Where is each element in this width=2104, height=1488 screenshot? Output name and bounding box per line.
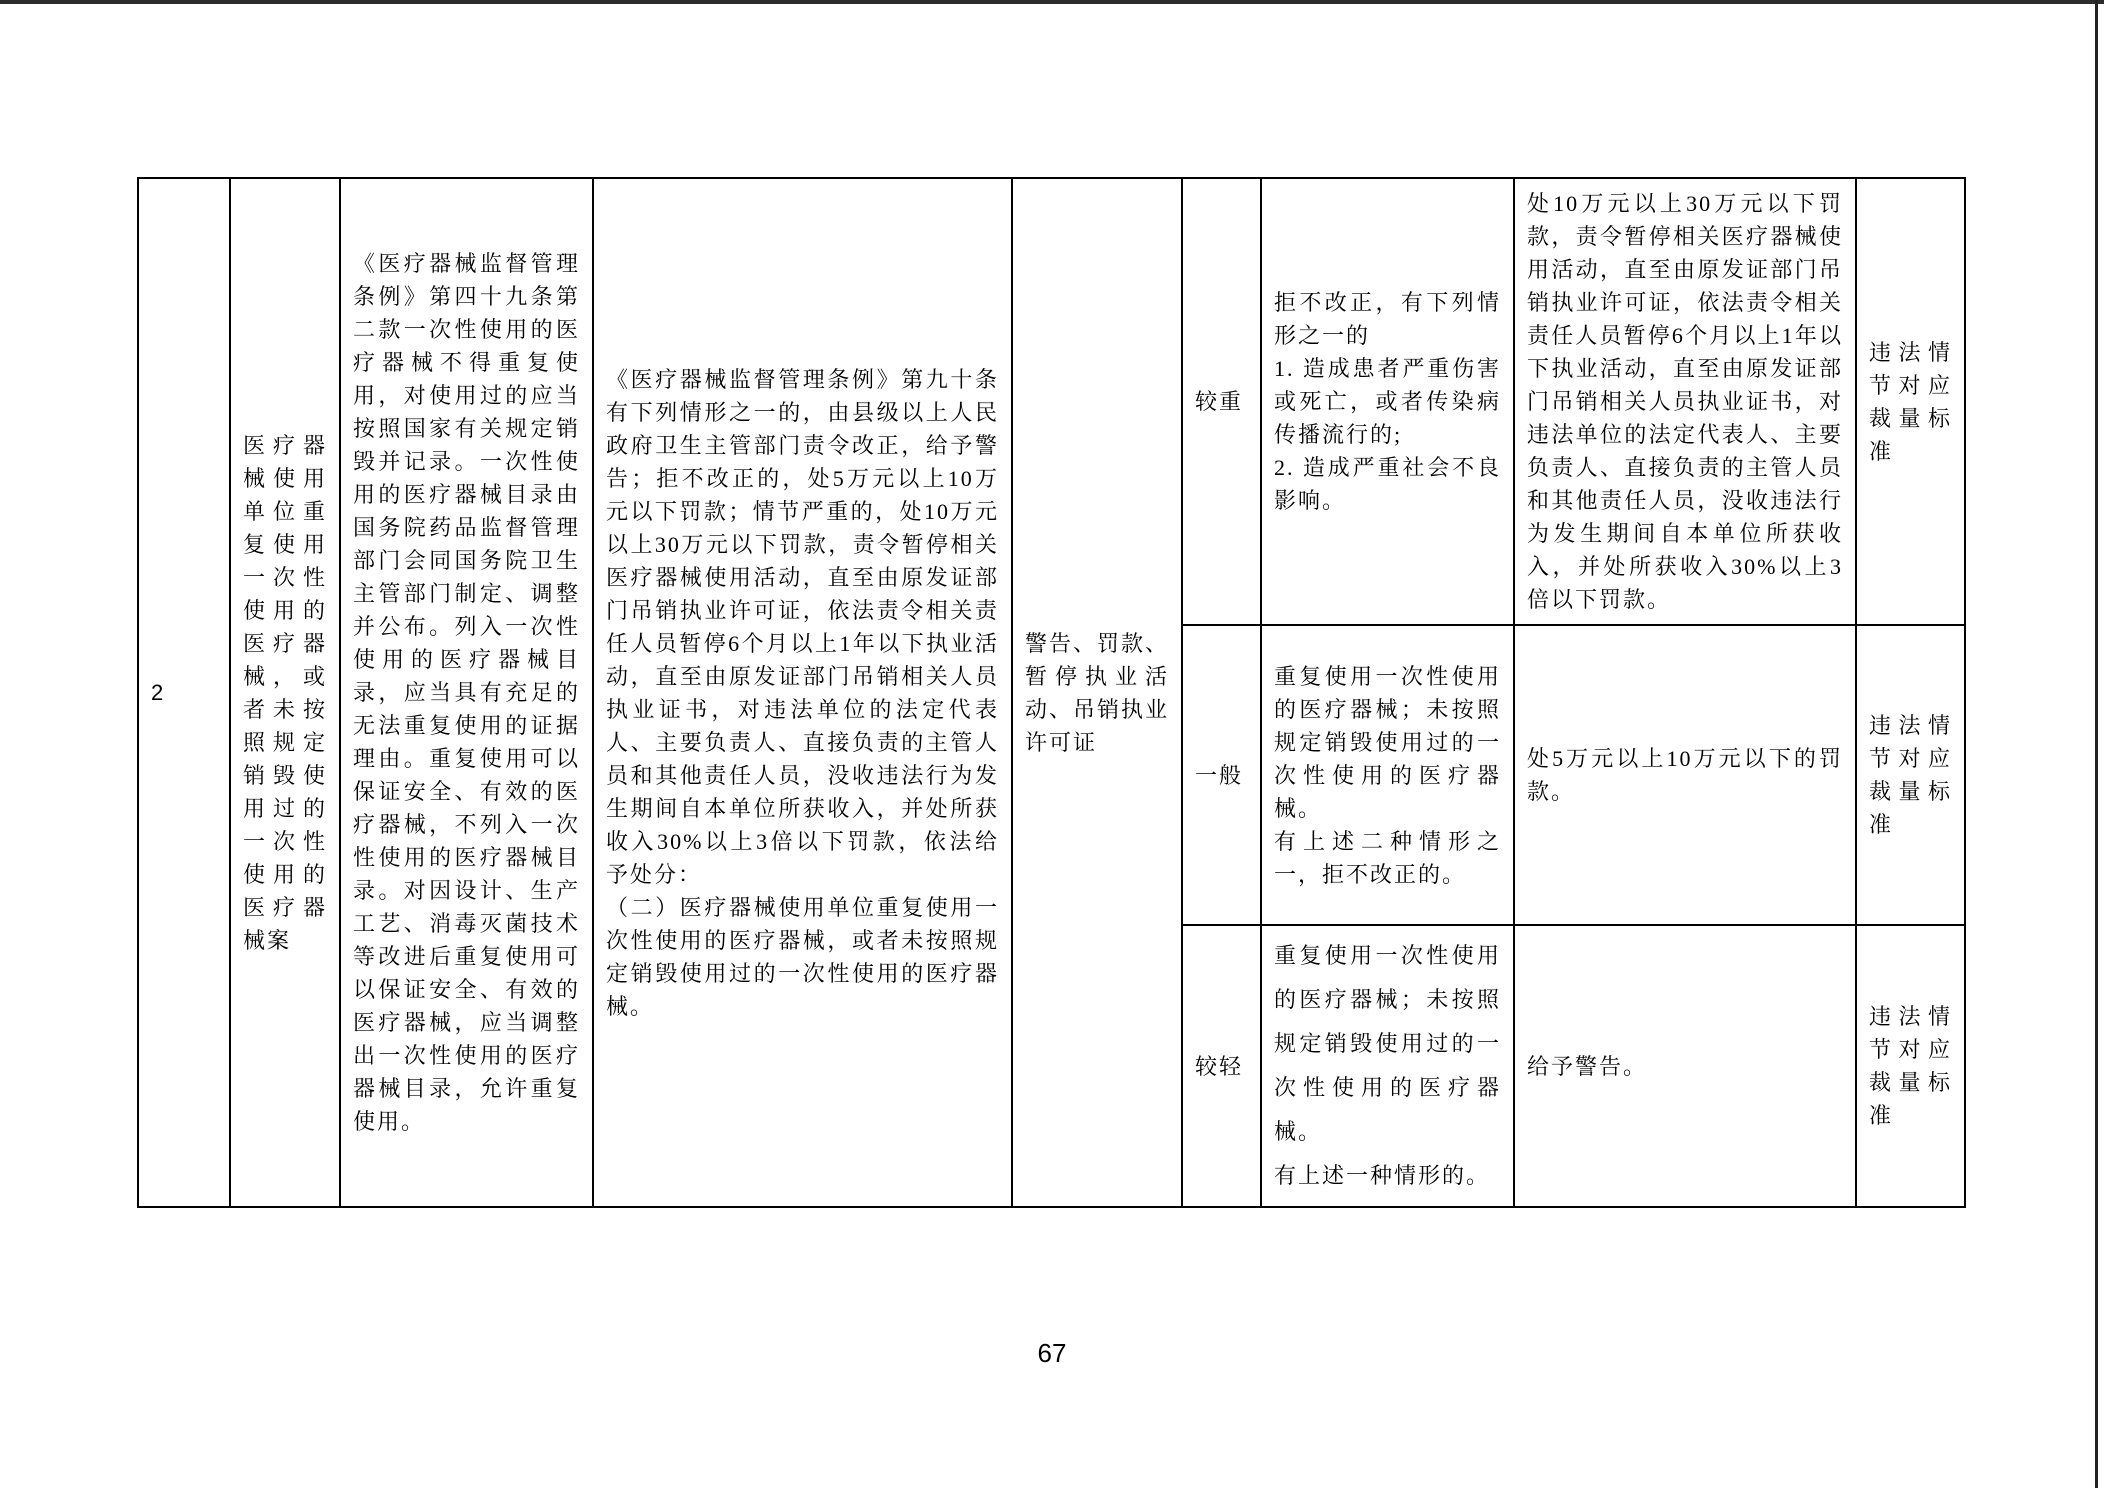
page-frame-right-line bbox=[2095, 0, 2098, 1488]
severity-cell: 一般 bbox=[1182, 625, 1261, 925]
discretion-standard-cell: 违法情节对应裁量标准 bbox=[1856, 625, 1965, 925]
table-row: 2 医疗器械使用单位重复使用一次性使用的医疗器械，或者未按照规定销毁使用过的一次… bbox=[138, 178, 1965, 625]
page-number: 67 bbox=[0, 1338, 2104, 1369]
document-page: 2 医疗器械使用单位重复使用一次性使用的医疗器械，或者未按照规定销毁使用过的一次… bbox=[0, 0, 2104, 1488]
page-frame-top-line bbox=[0, 0, 2104, 4]
case-name-cell: 医疗器械使用单位重复使用一次性使用的医疗器械，或者未按照规定销毁使用过的一次性使… bbox=[230, 178, 340, 1207]
discretion-standard-table: 2 医疗器械使用单位重复使用一次性使用的医疗器械，或者未按照规定销毁使用过的一次… bbox=[137, 177, 1966, 1208]
penalty-cell: 处5万元以上10万元以下的罚款。 bbox=[1514, 625, 1856, 925]
discretion-standard-cell: 违法情节对应裁量标准 bbox=[1856, 925, 1965, 1207]
penalty-cell: 给予警告。 bbox=[1514, 925, 1856, 1207]
circumstances-cell: 重复使用一次性使用的医疗器械；未按照规定销毁使用过的一次性使用的医疗器械。 有上… bbox=[1261, 625, 1514, 925]
legal-basis-cell: 《医疗器械监督管理条例》第四十九条第二款一次性使用的医疗器械不得重复使用，对使用… bbox=[340, 178, 593, 1207]
case-number-cell: 2 bbox=[138, 178, 230, 1207]
penalty-types-cell: 警告、罚款、暂停执业活动、吊销执业许可证 bbox=[1012, 178, 1182, 1207]
circumstances-cell: 拒不改正，有下列情形之一的 1. 造成患者严重伤害或死亡，或者传染病传播流行的;… bbox=[1261, 178, 1514, 625]
discretion-standard-cell: 违法情节对应裁量标准 bbox=[1856, 178, 1965, 625]
severity-cell: 较重 bbox=[1182, 178, 1261, 625]
severity-cell: 较轻 bbox=[1182, 925, 1261, 1207]
penalty-cell: 处10万元以上30万元以下罚款，责令暂停相关医疗器械使用活动，直至由原发证部门吊… bbox=[1514, 178, 1856, 625]
penalty-provision-cell: 《医疗器械监督管理条例》第九十条有下列情形之一的，由县级以上人民政府卫生主管部门… bbox=[593, 178, 1012, 1207]
circumstances-cell: 重复使用一次性使用的医疗器械；未按照规定销毁使用过的一次性使用的医疗器械。 有上… bbox=[1261, 925, 1514, 1207]
